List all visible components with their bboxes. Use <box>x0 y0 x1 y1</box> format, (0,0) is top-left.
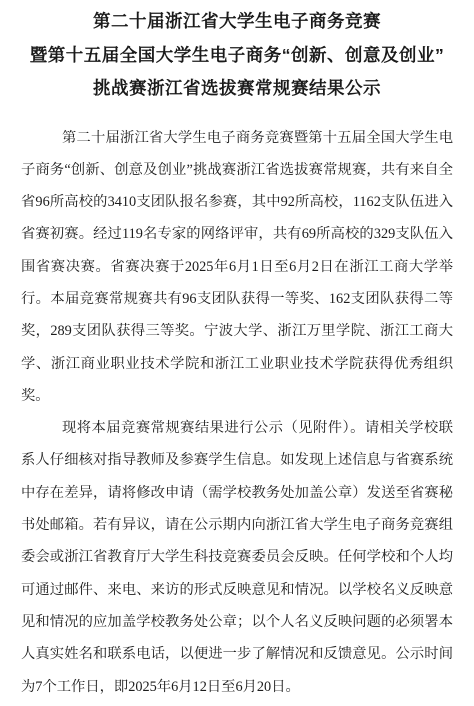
document-title: 第二十届浙江省大学生电子商务竞赛 暨第十五届全国大学生电子商务“创新、创意及创业… <box>21 5 453 106</box>
title-line-2: 暨第十五届全国大学生电子商务“创新、创意及创业” <box>21 39 453 73</box>
document-body: 第二十届浙江省大学生电子商务竞赛暨第十五届全国大学生电子商务“创新、创意及创业”… <box>21 122 453 703</box>
document-page: 第二十届浙江省大学生电子商务竞赛 暨第十五届全国大学生电子商务“创新、创意及创业… <box>0 0 474 706</box>
title-line-1: 第二十届浙江省大学生电子商务竞赛 <box>21 5 453 39</box>
paragraph-overview: 第二十届浙江省大学生电子商务竞赛暨第十五届全国大学生电子商务“创新、创意及创业”… <box>21 122 453 413</box>
paragraph-publicity-notice: 现将本届竞赛常规赛结果进行公示（见附件）。请相关学校联系人仔细核对指导教师及参赛… <box>21 412 453 703</box>
title-line-3: 挑战赛浙江省选拔赛常规赛结果公示 <box>21 72 453 106</box>
